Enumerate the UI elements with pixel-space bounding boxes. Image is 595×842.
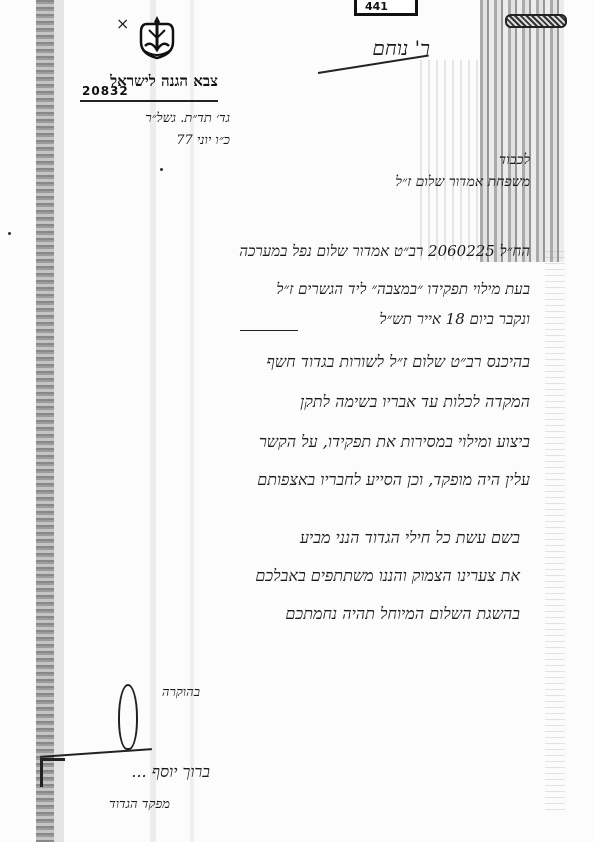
signatory-name: ברוך יוסף ... <box>60 762 210 782</box>
scan-noise-left-2 <box>54 0 64 842</box>
body-line: את צערינו הצמוק והננו משתתפים באבלכם <box>80 566 520 586</box>
date-underline <box>240 330 298 331</box>
signature-loop <box>118 684 138 750</box>
scan-noise-fold <box>150 0 156 842</box>
reference-number: 20832 <box>82 84 129 98</box>
body-line: ביצוע ומילוי במסירות את תפקידו, על הקשר <box>80 432 530 452</box>
body-line: עלין היה מופקד, וכן הסייע לחבריו באצפותם <box>80 470 530 490</box>
body-line: ונקבר ביום 18 אייר תש״ל <box>220 310 530 329</box>
archive-stamp: 441 <box>354 0 418 16</box>
body-line: בעת מילוי תפקידו ״במצבה״ ליד הגשרים ז״ל <box>150 280 530 299</box>
body-line: בהיכנס רב״ט שלום ז״ל לשורות בגדוד חשף <box>80 352 530 372</box>
x-mark: × <box>116 14 129 33</box>
header-line-date: כ״ו יוני 77 <box>80 132 230 148</box>
recipient-name: משפחת אמדור שלום ז״ל <box>330 174 530 191</box>
letterhead-rule <box>80 100 218 102</box>
scan-noise-right <box>480 0 564 262</box>
scan-noise-right-3 <box>545 250 565 810</box>
body-line: הח״ל 2060225 רב״ט אמדור שלום נפל במערכה <box>190 242 530 261</box>
body-line: בהשגת השלום המיוחל תהיה נחמתכם <box>100 604 520 624</box>
scan-speck <box>160 168 163 171</box>
header-line-unit: גד׳ תד״ת. גשל״ר <box>80 110 230 126</box>
body-line: בשם עשת כל חילי הגדוד הנני מביע <box>100 528 520 548</box>
signatory-title: מפקד הגדוד <box>70 796 170 812</box>
struck-out-text <box>505 14 567 28</box>
scan-speck <box>8 232 11 235</box>
recipient-salutation: לכבוד <box>430 152 530 169</box>
body-line: המקדה לכלות עד אבריו בשימה לתקן <box>80 392 530 412</box>
scan-noise-left <box>36 0 54 842</box>
scan-noise-fold-2 <box>190 0 194 842</box>
closing: בהוקרה <box>140 684 200 700</box>
idf-emblem-icon <box>133 14 181 60</box>
scanned-document-page: 441 ר' נוחם × צבא הגנה לישראל 20832 גד׳ … <box>0 0 595 842</box>
